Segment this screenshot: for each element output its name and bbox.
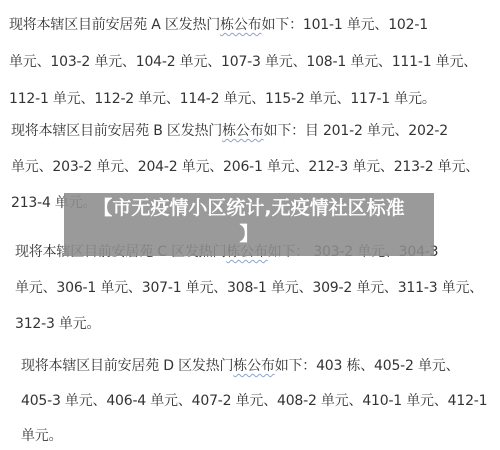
section-d-line-3: 单元。	[21, 427, 62, 445]
line-text: 312-3 单元。	[15, 316, 100, 332]
line-text: 单元、203-2 单元、204-2 单元、206-1 单元、212-3 单元、2…	[11, 159, 479, 175]
section-d-line-1: 现将本辖区目前安居苑 D 区发热门栋公布如下：403 栋、405-2 单元、	[21, 357, 459, 375]
line-text: 如下：目 201-2 单元、202-2	[264, 123, 448, 139]
line-text: 现将本辖区目前安居苑 B 区发热门	[11, 123, 222, 139]
spellcheck-underlined-text: 栋公布	[222, 123, 263, 139]
line-text: 单元。	[21, 428, 62, 444]
section-b-line-2: 单元、203-2 单元、204-2 单元、206-1 单元、212-3 单元、2…	[11, 158, 479, 176]
line-text: 如下：101-1 单元、102-1	[261, 17, 427, 33]
line-text: 单元、306-1 单元、307-1 单元、308-1 单元、309-2 单元、3…	[15, 280, 483, 296]
section-a-line-3: 112-1 单元、112-2 单元、114-2 单元、115-2 单元、117-…	[9, 90, 436, 108]
title-overlay-banner[interactable]: 【市无疫情小区统计,无疫情社区标准 】	[64, 193, 434, 256]
banner-title-line-2: 】	[64, 221, 434, 247]
section-a-line-2: 单元、103-2 单元、104-2 单元、107-3 单元、108-1 单元、1…	[9, 53, 477, 71]
line-text: 现将本辖区目前安居苑 D 区发热门	[21, 358, 233, 374]
section-b-line-1: 现将本辖区目前安居苑 B 区发热门栋公布如下：目 201-2 单元、202-2	[11, 122, 448, 140]
section-c-line-3: 312-3 单元。	[15, 315, 100, 333]
line-text: 112-1 单元、112-2 单元、114-2 单元、115-2 单元、117-…	[9, 91, 436, 107]
line-text: 现将本辖区目前安居苑 A 区发热门	[9, 17, 220, 33]
line-text: 405-3 单元、406-4 单元、407-2 单元、408-2 单元、410-…	[21, 393, 487, 409]
banner-title-line-1: 【市无疫情小区统计,无疫情社区标准	[64, 195, 434, 221]
line-text: 单元、103-2 单元、104-2 单元、107-3 单元、108-1 单元、1…	[9, 54, 477, 70]
section-d-line-2: 405-3 单元、406-4 单元、407-2 单元、408-2 单元、410-…	[21, 392, 487, 410]
section-c-line-2: 单元、306-1 单元、307-1 单元、308-1 单元、309-2 单元、3…	[15, 279, 483, 297]
line-text: 如下：403 栋、405-2 单元、	[275, 358, 460, 374]
section-a-line-1: 现将本辖区目前安居苑 A 区发热门栋公布如下：101-1 单元、102-1	[9, 16, 428, 34]
spellcheck-underlined-text: 栋公布	[233, 358, 274, 374]
spellcheck-underlined-text: 栋公布	[220, 17, 261, 33]
